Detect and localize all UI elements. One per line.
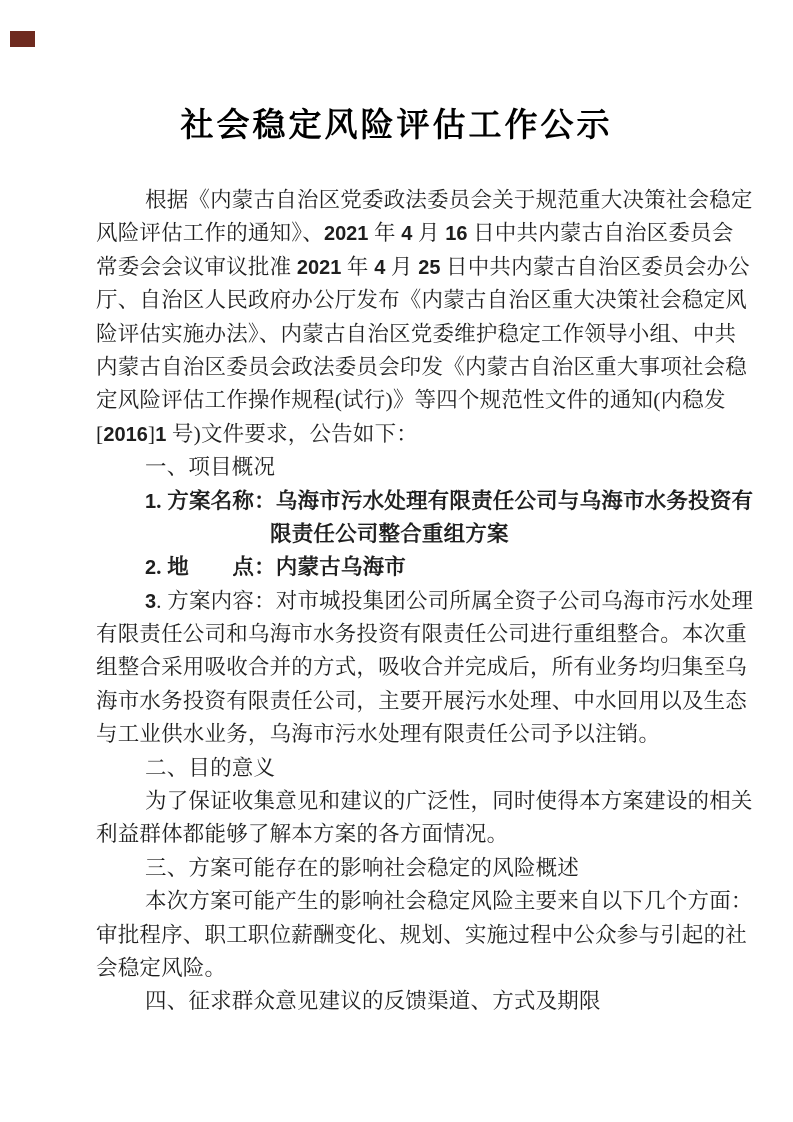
numeral: 2016 [103, 424, 147, 446]
document-page: 社会稳定风险评估工作公示 根据《内蒙古自治区党委政法委员会关于规范重大决策社会稳… [0, 0, 793, 1122]
paragraph-line: 本次方案可能产生的影响社会稳定风险主要来自以下几个方面： [96, 885, 712, 918]
document-body: 根据《内蒙古自治区党委政法委员会关于规范重大决策社会稳定风险评估工作的通知》、2… [96, 184, 712, 1019]
corner-stamp-mark [10, 31, 35, 47]
paragraph-line: 审批程序、职工职位薪酬变化、规划、实施过程中公众参与引起的社 [96, 919, 712, 952]
numeral: 2 [145, 557, 156, 579]
paragraph-line: 会稳定风险。 [96, 952, 712, 985]
numeral: 2021 [297, 257, 341, 279]
paragraph-line: 厅、自治区人民政府办公厅发布《内蒙古自治区重大决策社会稳定风 [96, 284, 712, 317]
numeral: 3 [145, 591, 156, 613]
numeral: 2021 [324, 223, 368, 245]
section-heading: 三、方案可能存在的影响社会稳定的风险概述 [96, 852, 712, 885]
numeral: 1 [145, 491, 156, 513]
paragraph-line: 与工业供水业务，乌海市污水处理有限责任公司予以注销。 [96, 718, 712, 751]
paragraph-line: 内蒙古自治区委员会政法委员会印发《内蒙古自治区重大事项社会稳 [96, 351, 712, 384]
section-heading: 一、项目概况 [96, 451, 712, 484]
item-line: 3. 方案内容：对市城投集团公司所属全资子公司乌海市污水处理 [96, 585, 712, 618]
item-line: 限责任公司整合重组方案 [96, 518, 712, 551]
paragraph-line: 海市水务投资有限责任公司，主要开展污水处理、中水回用以及生态 [96, 685, 712, 718]
paragraph-line: 定风险评估工作操作规程(试行)》等四个规范性文件的通知(内稳发 [96, 384, 712, 417]
paragraph-line: 利益群体都能够了解本方案的各方面情况。 [96, 818, 712, 851]
paragraph-line: 根据《内蒙古自治区党委政法委员会关于规范重大决策社会稳定 [96, 184, 712, 217]
section-heading: 四、征求群众意见建议的反馈渠道、方式及期限 [96, 985, 712, 1018]
paragraph-line: 组整合采用吸收合并的方式，吸收合并完成后，所有业务均归集至乌 [96, 651, 712, 684]
document-title: 社会稳定风险评估工作公示 [0, 0, 793, 148]
paragraph-line: 有限责任公司和乌海市水务投资有限责任公司进行重组整合。本次重 [96, 618, 712, 651]
paragraph-line: [2016]1 号)文件要求，公告如下： [96, 418, 712, 451]
numeral: 4 [374, 257, 385, 279]
section-heading: 二、目的意义 [96, 752, 712, 785]
numeral: 16 [445, 223, 467, 245]
numeral: 1 [155, 424, 166, 446]
paragraph-line: 险评估实施办法》、内蒙古自治区党委维护稳定工作领导小组、中共 [96, 318, 712, 351]
paragraph-line: 为了保证收集意见和建议的广泛性，同时使得本方案建设的相关 [96, 785, 712, 818]
item-line: 1. 方案名称：乌海市污水处理有限责任公司与乌海市水务投资有 [96, 485, 712, 518]
numeral: 25 [418, 257, 440, 279]
numeral: 4 [401, 223, 412, 245]
paragraph-line: 风险评估工作的通知》、2021 年 4 月 16 日中共内蒙古自治区委员会 [96, 217, 712, 250]
item-line: 2. 地 点：内蒙古乌海市 [96, 551, 712, 584]
paragraph-line: 常委会会议审议批准 2021 年 4 月 25 日中共内蒙古自治区委员会办公 [96, 251, 712, 284]
